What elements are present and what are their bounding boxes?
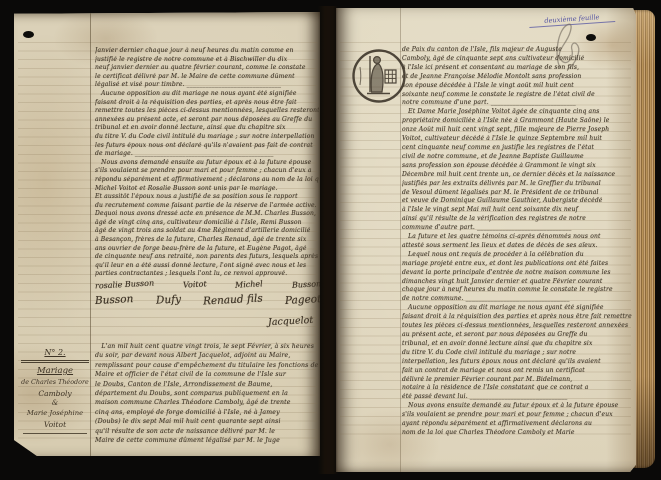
manuscript-line: parties contractantes ; lesquels l'ont l… <box>95 270 319 279</box>
manuscript-block-act1: Janvier dernier chaque jour à neuf heure… <box>95 47 319 279</box>
book-gutter <box>318 6 338 474</box>
signature: Pageot <box>284 293 321 307</box>
manuscript-line: âgé de vingt cinq ans, cultivateur domic… <box>95 219 319 228</box>
manuscript-line: fait un contrat de mariage et nous ont r… <box>402 367 632 376</box>
manuscript-line: du recrutement comme faisant partie de l… <box>95 202 319 211</box>
margin-note-line: Mariage <box>19 365 91 377</box>
manuscript-line: de Vesoul dûment légalisés par M. le Pré… <box>402 189 632 198</box>
manuscript-line: légalisé et visé pour timbre. __________… <box>95 81 319 90</box>
manuscript-line: ainsi qu'il résulte de la vérification d… <box>402 215 632 224</box>
register-book-scan: Janvier dernier chaque jour à neuf heure… <box>0 0 661 480</box>
signature: Busson <box>292 279 322 290</box>
manuscript-line: tribunal et en avoir donné lecture, ains… <box>95 124 319 133</box>
margin-note-rule <box>21 360 89 363</box>
manuscript-line: faisant droit à la réquisition des parti… <box>402 313 632 322</box>
manuscript-line: devant la porte principale d'entrée de n… <box>402 269 632 278</box>
signature: Voitot <box>183 279 207 289</box>
signature: Renaud fils <box>202 292 262 307</box>
manuscript-line: dimanches vingt huit Janvier dernier et … <box>402 278 632 287</box>
manuscript-line: commune d'autre part. __________________… <box>402 224 632 233</box>
manuscript-line: à Besançon, frères de la future, Charles… <box>95 236 319 245</box>
manuscript-line: annexées au présent acte, et seront par … <box>95 116 319 125</box>
margin-note-lines: Mariagede Charles ThéodoreCamboly&Marie … <box>19 365 91 430</box>
manuscript-line: justifiés par les extraits délivrés par … <box>402 180 632 189</box>
manuscript-line: son épouse décédée à l'Isle le vingt aoû… <box>402 82 632 91</box>
manuscript-line: La future et les quatre témoins ci-après… <box>402 233 632 242</box>
signature: Busson <box>95 293 134 307</box>
manuscript-line: Maire et officier de l'état civil de la … <box>95 370 319 379</box>
manuscript-block-act2: L'an mil huit cent quatre vingt trois, l… <box>95 342 319 445</box>
manuscript-line: âgé de vingt trois ans soldat au 4me Rég… <box>95 227 319 236</box>
manuscript-line: Camboly, âgé de cinquante sept ans culti… <box>402 55 632 64</box>
manuscript-line: qu'il résulte de son acte de naissance d… <box>95 427 319 436</box>
manuscript-line: et de Jeanne Françoise Mélodie Montolt s… <box>402 73 632 82</box>
manuscript-line: toutes les pièces ci-dessus mentionnées,… <box>402 322 632 331</box>
manuscript-line: chaque jour à neuf heures du matin comme… <box>402 286 632 295</box>
signature: Michel <box>235 279 263 289</box>
manuscript-line: Décembre mil huit cent trente un, ce der… <box>402 171 632 180</box>
manuscript-line: du titre V. du Code civil intitulé du ma… <box>402 349 632 358</box>
manuscript-line: Aucune opposition au dit mariage ne nous… <box>402 304 632 313</box>
manuscript-line: tribunal, et en avoir donné lecture ains… <box>402 340 632 349</box>
manuscript-line: s'ils voulaient se prendre pour mari et … <box>402 411 632 420</box>
margin-note-line: Marie Joséphine <box>19 408 91 419</box>
manuscript-line: Michel Voitot et Rosalie Busson sont uni… <box>95 185 319 194</box>
manuscript-line: le certificat délivré par M. le Maire de… <box>95 73 319 82</box>
manuscript-line: notaire à la résidence de l'Isle constat… <box>402 384 632 393</box>
manuscript-line: délivré le premier Février courant par M… <box>402 376 632 385</box>
signature: Jacquelot <box>268 315 314 328</box>
manuscript-line: soixante neuf comme le constate le regis… <box>402 91 632 100</box>
manuscript-line: s'ils voulaient se prendre pour mari et … <box>95 167 319 176</box>
manuscript-line: Dequoi nous avons dressé acte en présenc… <box>95 210 319 219</box>
manuscript-line: Lequel nous ont requis de procéder à la … <box>402 251 632 260</box>
manuscript-line: propriétaire domiciliée à l'Isle née à G… <box>402 117 632 126</box>
left-page: Janvier dernier chaque jour à neuf heure… <box>14 12 320 456</box>
manuscript-line: du titre V. du Code civil intitulé du ma… <box>95 133 319 142</box>
manuscript-line: notre commune d'une part. ______________… <box>402 99 632 108</box>
manuscript-line: Aucune opposition au dit mariage ne nous… <box>95 90 319 99</box>
manuscript-line: cinq ans, employé de forge domicilié à l… <box>95 408 319 417</box>
margin-note: N° 2. Mariagede Charles ThéodoreCamboly&… <box>19 348 91 434</box>
manuscript-line: à l'Isle ici présent et consentant au ma… <box>402 64 632 73</box>
margin-note-rule <box>23 433 87 434</box>
manuscript-line: de mariage. ____________________________… <box>95 150 319 159</box>
manuscript-line: été passé devant lui. __________________… <box>402 393 632 402</box>
right-page: deuxième feuille de Paix du canton de l'… <box>336 8 636 472</box>
manuscript-line: cent cinquante neuf comme en justifie le… <box>402 144 632 153</box>
margin-note-line: & <box>19 399 91 408</box>
manuscript-line: ans ouvrier de forge beau-frère de la fu… <box>95 245 319 254</box>
manuscript-line: faisant droit à la réquisition des parti… <box>95 99 319 108</box>
manuscript-line: département du Doubs, sont comparus publ… <box>95 389 319 398</box>
manuscript-line: (Doubs) le dix sept Mai mil huit cent qu… <box>95 417 319 426</box>
manuscript-line: de Paix du canton de l'Isle, fils majeur… <box>402 46 632 55</box>
manuscript-line: civil de notre commune, et de Jeanne Bap… <box>402 153 632 162</box>
margin-note-line: Camboly <box>19 388 91 399</box>
manuscript-line: Maire de cette commune dûment légalisé p… <box>95 436 319 445</box>
margin-note-line: Voitot <box>19 419 91 430</box>
manuscript-line: du soir, par devant nous Albert Jacquelo… <box>95 351 319 360</box>
manuscript-line: Et aussitôt l'époux nous a justifié de s… <box>95 193 319 202</box>
manuscript-line: et veuve de Dominique Guillaume Gauthier… <box>402 197 632 206</box>
manuscript-line: au présent acte, et seront par nous dépo… <box>402 331 632 340</box>
manuscript-line: justifié le registre de notre commune et… <box>95 56 319 65</box>
manuscript-line: maison commune Charles Théodore Camboly,… <box>95 398 319 407</box>
manuscript-line: Nous avons demandé ensuite au futur épou… <box>95 159 319 168</box>
manuscript-line: Nous avons ensuite demandé au futur épou… <box>402 402 632 411</box>
manuscript-line: répondu séparément et affirmativement ; … <box>95 176 319 185</box>
manuscript-line: L'an mil huit cent quatre vingt trois, l… <box>95 342 319 351</box>
manuscript-line: de cinquante neuf ans retraité, non pare… <box>95 253 319 262</box>
manuscript-line: interpellation, les futurs époux nous on… <box>402 358 632 367</box>
manuscript-line: remplissant pour cause d'empêchement du … <box>95 361 319 370</box>
manuscript-line: Et Dame Marie Joséphine Voitot âgée de c… <box>402 108 632 117</box>
manuscript-line: Janvier dernier chaque jour à neuf heure… <box>95 47 319 56</box>
manuscript-line: onze Août mil huit cent vingt sept, fill… <box>402 126 632 135</box>
margin-note-line: de Charles Théodore <box>19 377 91 388</box>
manuscript-line: Voitot, cultivateur décédé à l'Isle le q… <box>402 135 632 144</box>
signature: rosalie Busson <box>95 278 155 290</box>
manuscript-line: qu'il leur en a été aussi donné lecture,… <box>95 262 319 271</box>
manuscript-line: le Doubs, Canton de l'Isle, Arrondisseme… <box>95 380 319 389</box>
manuscript-line: mariage projeté entre eux, et dont les p… <box>402 260 632 269</box>
punch-hole-icon <box>23 31 34 38</box>
signature-row: Jacquelot <box>95 316 321 327</box>
manuscript-line: sans profession son épouse décédée à Gra… <box>402 162 632 171</box>
signature-row: BussonDufyRenaud filsPageot <box>95 294 321 306</box>
revenue-stamp-icon <box>350 45 408 107</box>
manuscript-line: neuf janvier dernier au quatre février c… <box>95 64 319 73</box>
manuscript-line: ayant répondu séparément et affirmativem… <box>402 420 632 429</box>
signature-row: rosalie BussonVoitotMichelBusson <box>95 280 321 289</box>
manuscript-line: à l'Isle le vingt sept Mai mil huit cent… <box>402 206 632 215</box>
manuscript-line: nom de la loi que Charles Théodore Cambo… <box>402 429 632 438</box>
manuscript-line: remettre toutes les pièces ci-dessus men… <box>95 107 319 116</box>
manuscript-line: attesté sous serment les lieux et dates … <box>402 242 632 251</box>
manuscript-line: de notre commune. ______________________… <box>402 295 632 304</box>
signature: Dufy <box>155 293 181 306</box>
manuscript-line: les futurs époux nous ont déclaré qu'ils… <box>95 142 319 151</box>
act-number: N° 2. <box>19 348 91 357</box>
manuscript-block-act2-continued: de Paix du canton de l'Isle, fils majeur… <box>402 46 632 438</box>
